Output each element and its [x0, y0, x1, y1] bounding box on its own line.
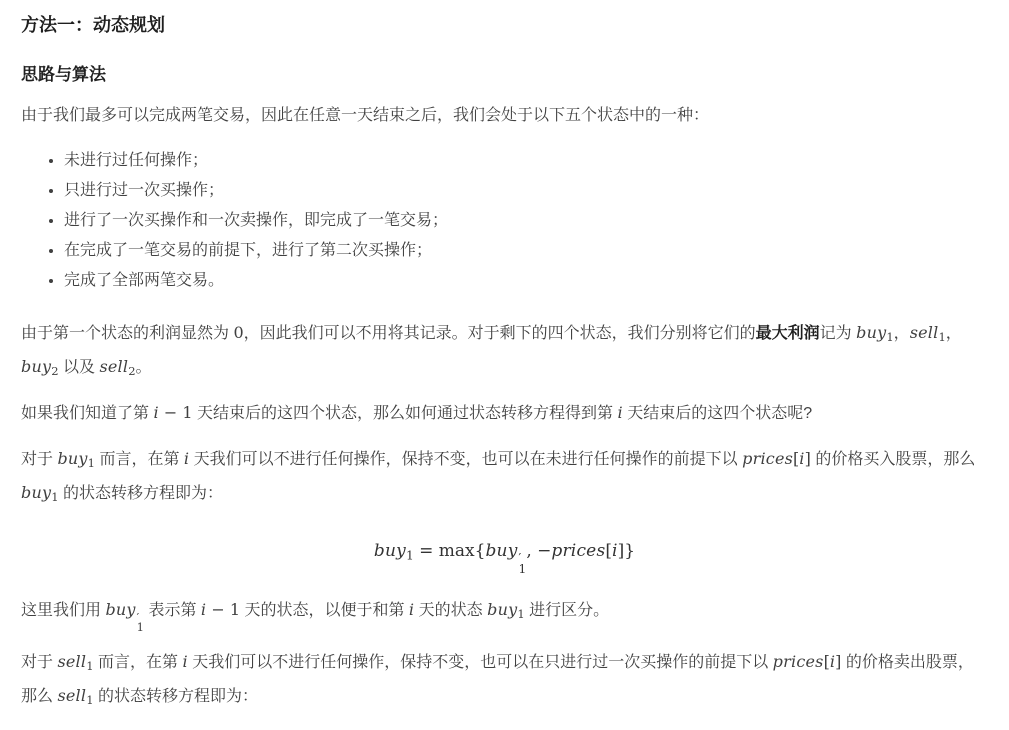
approach-subheading: 思路与算法: [21, 62, 988, 87]
paragraph-sell1-explanation: 对于 sell1 而言，在第 i 天我们可以不进行任何操作，保持不变，也可以在只…: [21, 645, 988, 713]
paragraph-profit-notation: 由于第一个状态的利润显然为 0，因此我们可以不用将其记录。对于剩下的四个状态，我…: [21, 316, 988, 384]
paragraph-prime-note: 这里我们用 buy′1 表示第 i − 1 天的状态，以便于和第 i 天的状态 …: [21, 593, 988, 632]
list-item-state-3: 进行了一次买操作和一次卖操作，即完成了一笔交易；: [64, 206, 988, 236]
paragraph-transition-question: 如果我们知道了第 i − 1 天结束后的这四个状态，那么如何通过状态转移方程得到…: [21, 396, 988, 430]
paragraph-buy1-explanation: 对于 buy1 而言，在第 i 天我们可以不进行任何操作，保持不变，也可以在未进…: [21, 442, 988, 510]
list-item-state-1: 未进行过任何操作；: [64, 146, 988, 176]
paragraph-intro: 由于我们最多可以完成两笔交易，因此在任意一天结束之后，我们会处于以下五个状态中的…: [21, 99, 988, 132]
formula-buy1: buy1 = max{buy′1, −prices[i]}: [21, 534, 988, 575]
list-item-state-5: 完成了全部两笔交易。: [64, 266, 988, 296]
method-heading: 方法一：动态规划: [21, 12, 988, 39]
list-item-state-2: 只进行过一次买操作；: [64, 176, 988, 206]
list-item-state-4: 在完成了一笔交易的前提下，进行了第二次买操作；: [64, 236, 988, 266]
solution-article: 方法一：动态规划 思路与算法 由于我们最多可以完成两笔交易，因此在任意一天结束之…: [0, 0, 1009, 713]
states-list: 未进行过任何操作； 只进行过一次买操作； 进行了一次买操作和一次卖操作，即完成了…: [21, 146, 988, 296]
